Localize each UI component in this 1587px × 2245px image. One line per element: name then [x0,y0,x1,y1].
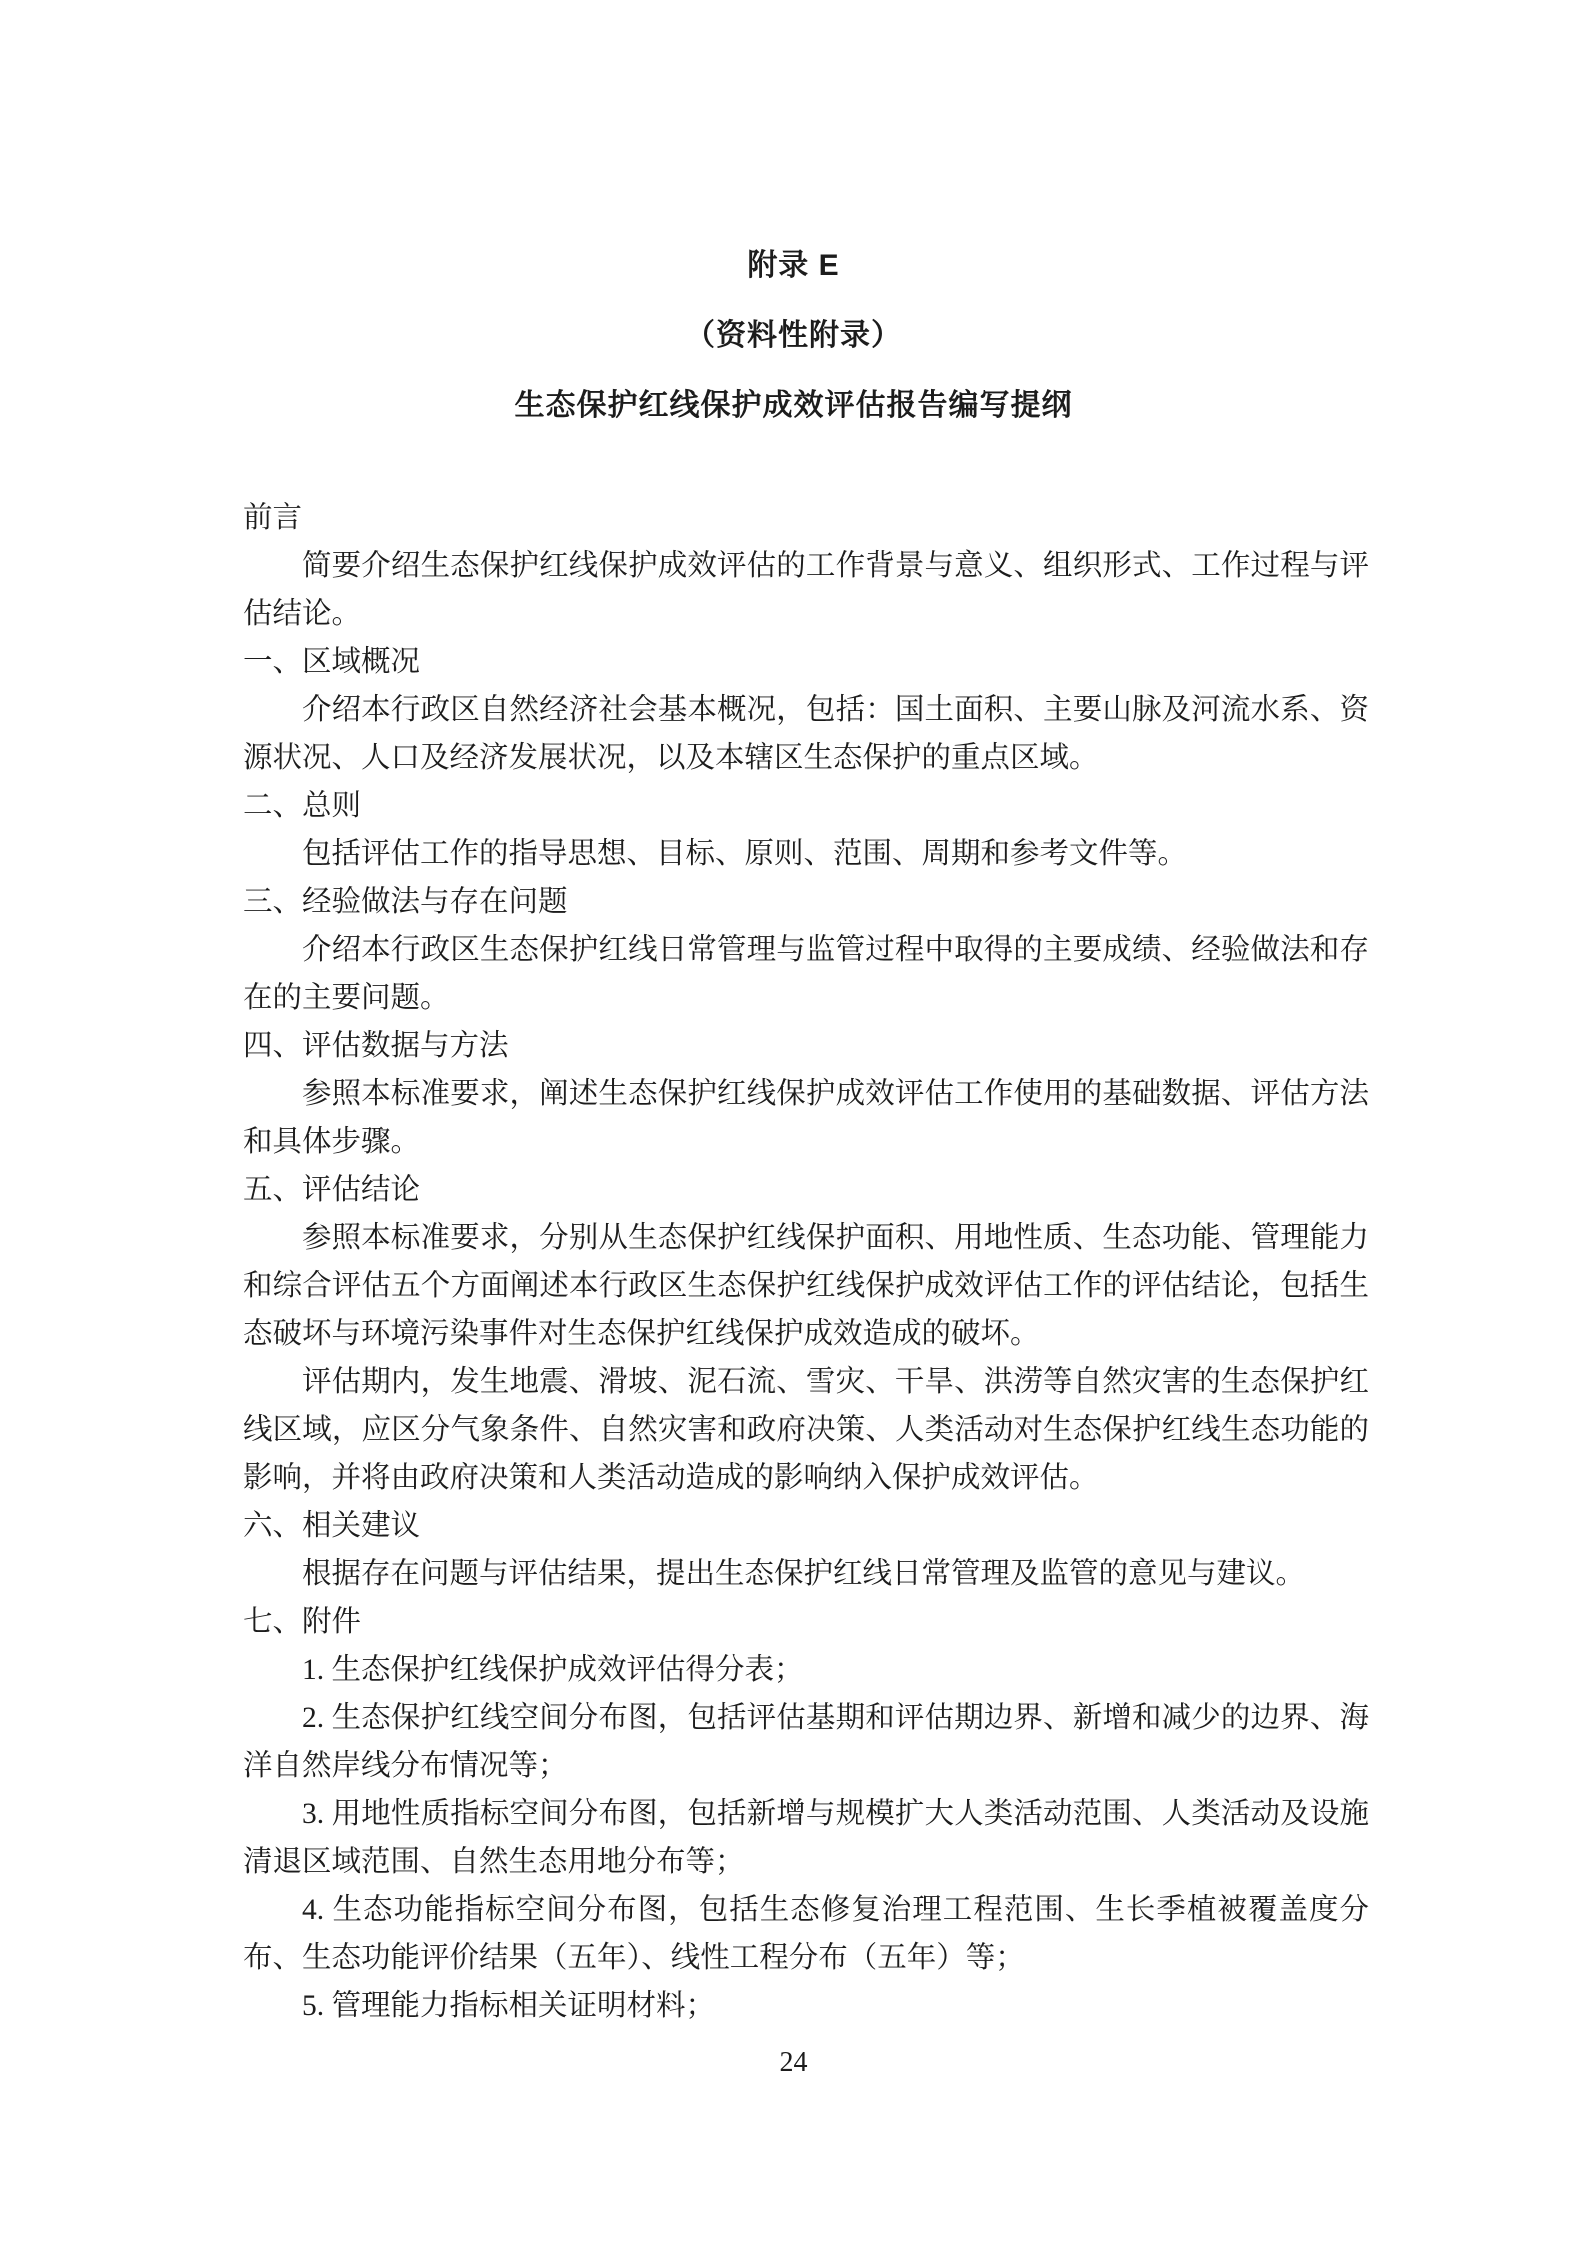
section-heading-7-attachments: 七、附件 [243,1598,1369,1646]
appendix-type-label: （资料性附录） [0,320,1587,352]
appendix-label: 附录 E [0,250,1587,282]
paragraph: 参照本标准要求，分别从生态保护红线保护面积、用地性质、生态功能、管理能力和综合评… [243,1214,1369,1358]
attachment-item-5: 5. 管理能力指标相关证明材料； [243,1982,1369,2030]
paragraph: 参照本标准要求，阐述生态保护红线保护成效评估工作使用的基础数据、评估方法和具体步… [243,1070,1369,1166]
document-header: 附录 E （资料性附录） 生态保护红线保护成效评估报告编写提纲 [0,0,1587,422]
attachment-item-1: 1. 生态保护红线保护成效评估得分表； [243,1646,1369,1694]
paragraph: 评估期内，发生地震、滑坡、泥石流、雪灾、干旱、洪涝等自然灾害的生态保护红线区域，… [243,1358,1369,1502]
section-heading-5-conclusions: 五、评估结论 [243,1166,1369,1214]
section-heading-foreword: 前言 [243,494,1369,542]
paragraph: 根据存在问题与评估结果，提出生态保护红线日常管理及监管的意见与建议。 [243,1550,1369,1598]
paragraph: 包括评估工作的指导思想、目标、原则、范围、周期和参考文件等。 [243,830,1369,878]
section-heading-4-data-methods: 四、评估数据与方法 [243,1022,1369,1070]
attachment-item-3: 3. 用地性质指标空间分布图，包括新增与规模扩大人类活动范围、人类活动及设施清退… [243,1790,1369,1886]
attachment-item-2: 2. 生态保护红线空间分布图，包括评估基期和评估期边界、新增和减少的边界、海洋自… [243,1694,1369,1790]
paragraph: 介绍本行政区生态保护红线日常管理与监管过程中取得的主要成绩、经验做法和存在的主要… [243,926,1369,1022]
document-title: 生态保护红线保护成效评估报告编写提纲 [0,390,1587,422]
paragraph: 简要介绍生态保护红线保护成效评估的工作背景与意义、组织形式、工作过程与评估结论。 [243,542,1369,638]
attachment-item-4: 4. 生态功能指标空间分布图，包括生态修复治理工程范围、生长季植被覆盖度分布、生… [243,1886,1369,1982]
document-body: 前言 简要介绍生态保护红线保护成效评估的工作背景与意义、组织形式、工作过程与评估… [243,494,1369,2030]
section-heading-2-general-rules: 二、总则 [243,782,1369,830]
page-number: 24 [0,2046,1587,2080]
section-heading-3-experience-problems: 三、经验做法与存在问题 [243,878,1369,926]
document-page: 附录 E （资料性附录） 生态保护红线保护成效评估报告编写提纲 前言 简要介绍生… [0,0,1587,2245]
paragraph: 介绍本行政区自然经济社会基本概况，包括：国土面积、主要山脉及河流水系、资源状况、… [243,686,1369,782]
section-heading-6-suggestions: 六、相关建议 [243,1502,1369,1550]
section-heading-1-region-overview: 一、区域概况 [243,638,1369,686]
